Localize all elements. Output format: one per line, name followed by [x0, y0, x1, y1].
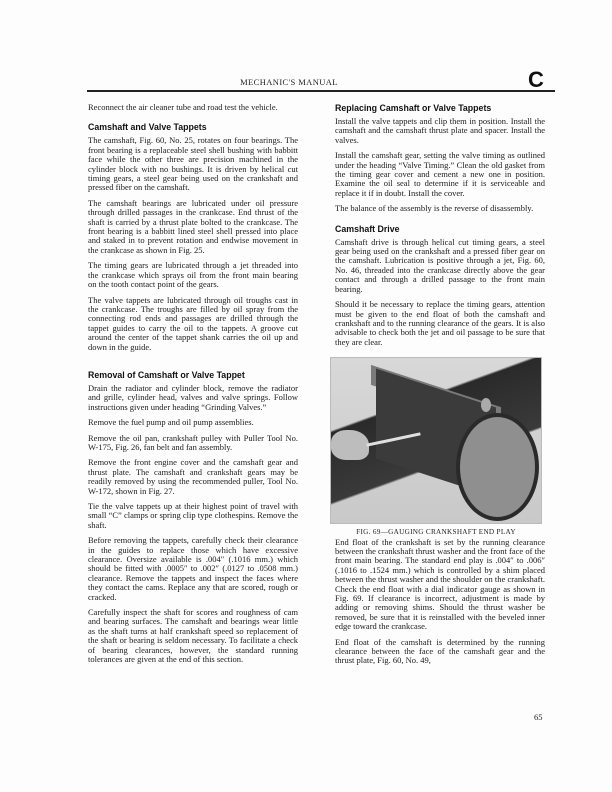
- section-heading: Camshaft Drive: [335, 224, 545, 234]
- page-number: 65: [534, 712, 543, 722]
- paragraph: The balance of the assembly is the rever…: [335, 204, 545, 213]
- paragraph: The timing gears are lubricated through …: [88, 261, 298, 289]
- paragraph: End float of the crankshaft is set by th…: [335, 538, 545, 632]
- paragraph: The camshaft bearings are lubricated und…: [88, 199, 298, 255]
- paragraph: Install the valve tappets and clip them …: [335, 117, 545, 145]
- photo-detail: [331, 430, 369, 460]
- paragraph: Remove the oil pan, crankshaft pulley wi…: [88, 434, 298, 453]
- section-heading: Camshaft and Valve Tappets: [88, 122, 298, 132]
- paragraph: Camshaft drive is through helical cut ti…: [335, 238, 545, 294]
- photo-detail: [456, 413, 539, 521]
- paragraph: The valve tappets are lubricated through…: [88, 296, 298, 352]
- section-heading: Replacing Camshaft or Valve Tappets: [335, 103, 545, 113]
- paragraph: Before removing the tappets, carefully c…: [88, 536, 298, 602]
- paragraph: Remove the front engine cover and the ca…: [88, 458, 298, 496]
- paragraph: Remove the fuel pump and oil pump assemb…: [88, 418, 298, 427]
- running-title: MECHANIC'S MANUAL: [112, 77, 466, 87]
- paragraph: The camshaft, Fig. 60, No. 25, rotates o…: [88, 136, 298, 192]
- section-heading: Removal of Camshaft or Valve Tappet: [88, 370, 298, 380]
- paragraph: Drain the radiator and cylinder block, r…: [88, 384, 298, 412]
- engine-photo: [330, 357, 542, 524]
- paragraph: Tie the valve tappets up at their highes…: [88, 502, 298, 530]
- paragraph: Should it be necessary to replace the ti…: [335, 300, 545, 347]
- left-column: Reconnect the air cleaner tube and road …: [88, 103, 298, 671]
- paragraph: Install the camshaft gear, setting the v…: [335, 151, 545, 198]
- figure-69: FIG. 69—GAUGING CRANKSHAFT END PLAY: [330, 357, 542, 537]
- paragraph: Carefully inspect the shaft for scores a…: [88, 608, 298, 664]
- manual-page: MECHANIC'S MANUAL C Reconnect the air cl…: [0, 0, 612, 792]
- right-column: Replacing Camshaft or Valve Tappets Inst…: [335, 103, 545, 672]
- intro-paragraph: Reconnect the air cleaner tube and road …: [88, 103, 298, 112]
- paragraph: End float of the camshaft is determined …: [335, 638, 545, 666]
- header-rule: [87, 90, 555, 92]
